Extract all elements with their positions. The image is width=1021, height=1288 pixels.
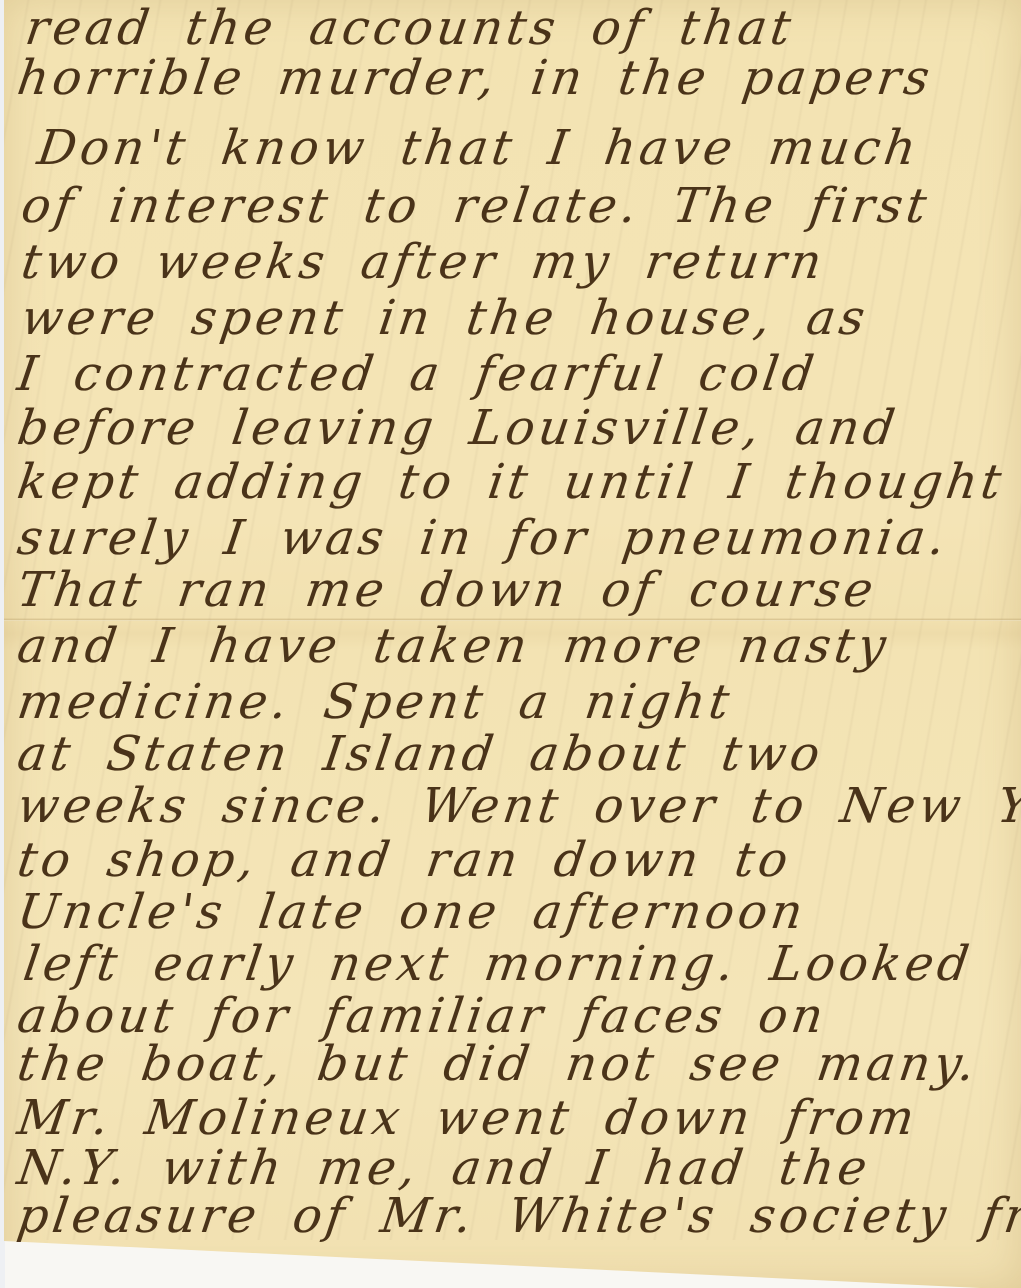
letter-line: read the accounts of that [22,0,798,56]
letter-line: were spent in the house, as [18,290,872,346]
letter-line: at Staten Island about two [14,726,827,782]
letter-line: of interest to relate. The first [18,178,934,234]
letter-line: to shop, and ran down to [14,832,795,888]
letter-line: before leaving Louisville, and [14,400,902,456]
letter-line: medicine. Spent a night [14,674,736,730]
letter-line: pleasure of Mr. White's society from [14,1188,1021,1244]
letter-line: Mr. Molineux went down from [14,1090,921,1146]
letter-line: horrible murder, in the papers [14,50,937,106]
scanned-letter-page: read the accounts of that horrible murde… [0,0,1021,1288]
letter-line: weeks since. Went over to New York [14,778,1021,834]
letter-line: left early next morning. Looked [20,936,976,992]
letter-line: I contracted a fearful cold [14,346,821,402]
letter-line: and I have taken more nasty [14,618,893,674]
letter-line: Don't know that I have much [34,120,923,176]
letter-line: That ran me down of course [14,562,880,618]
letter-line: surely I was in for pneumonia. [14,510,952,566]
letter-line: Uncle's late one afternoon [14,884,810,940]
letter-line: kept adding to it until I thought [14,454,1009,510]
letter-line: the boat, but did not see many. [14,1036,982,1092]
letter-line: two weeks after my return [18,234,829,290]
